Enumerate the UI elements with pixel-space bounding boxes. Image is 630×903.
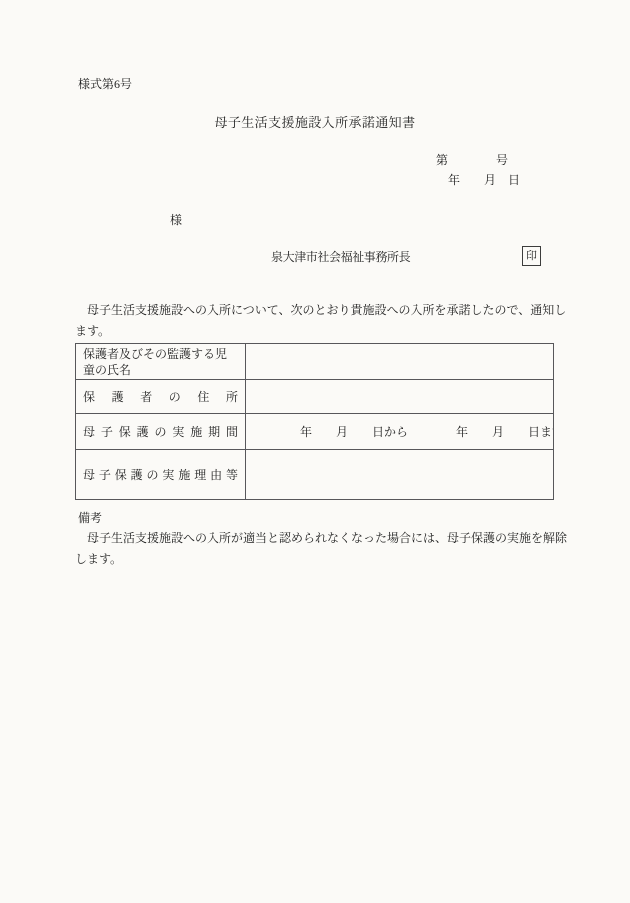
date-line: 年 月 日 [448, 171, 520, 188]
document-title: 母子生活支援施設入所承諾通知書 [0, 112, 630, 131]
issuer-title: 泉大津市社会福祉事務所長 [271, 248, 410, 265]
row-label-protection-reason: 母子保護の実施理由等 [76, 450, 246, 500]
form-number: 様式第6号 [78, 75, 132, 92]
notice-paragraph: 母子生活支援施設への入所について、次のとおり貴施設への入所を承諾したので、通知し… [75, 300, 577, 342]
notice-table: 保護者及びその監護する児童の氏名 保護者の住所 母子保護の実施期間 年 月 日か… [75, 343, 554, 500]
seal-mark: 印 [522, 246, 541, 266]
table-row-protection-period: 母子保護の実施期間 年 月 日から 年 月 日まで [76, 414, 554, 450]
row-field-protection-reason [246, 450, 554, 500]
row-label-guardian-address: 保護者の住所 [76, 380, 246, 414]
row-label-guardian-child-names: 保護者及びその監護する児童の氏名 [76, 344, 246, 380]
table-row-protection-reason: 母子保護の実施理由等 [76, 450, 554, 500]
row-field-guardian-child-names [246, 344, 554, 380]
document-page: 様式第6号 母子生活支援施設入所承諾通知書 第 号 年 月 日 様 泉大津市社会… [0, 0, 630, 903]
row-field-guardian-address [246, 380, 554, 414]
table-row-guardian-child-names: 保護者及びその監護する児童の氏名 [76, 344, 554, 380]
row-field-protection-period: 年 月 日から 年 月 日まで [246, 414, 554, 450]
row-label-protection-period: 母子保護の実施期間 [76, 414, 246, 450]
table-row-guardian-address: 保護者の住所 [76, 380, 554, 414]
remarks-text: 母子生活支援施設への入所が適当と認められなくなった場合には、母子保護の実施を解除… [75, 528, 577, 570]
addressee-honorific: 様 [170, 211, 182, 228]
document-number-line: 第 号 [436, 151, 508, 168]
remarks-heading: 備考 [78, 509, 102, 526]
